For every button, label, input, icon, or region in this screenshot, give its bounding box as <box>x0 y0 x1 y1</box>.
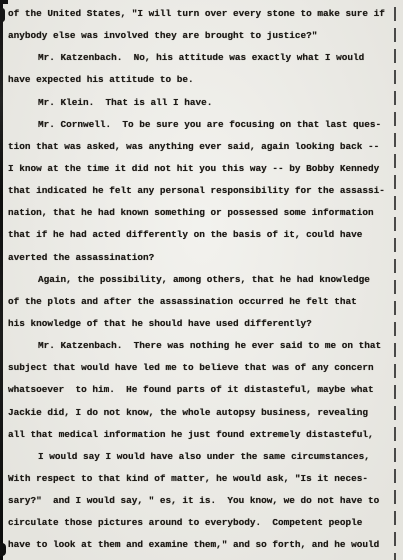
scan-blob-bottom-left <box>0 543 6 556</box>
document-line: averted the assassination? <box>8 247 391 269</box>
document-line: Jackie did, I do not know, the whole aut… <box>8 402 391 424</box>
document-line: tion that was asked, was anything ever s… <box>8 136 391 158</box>
document-line: Again, the possibility, among others, th… <box>8 269 391 291</box>
scan-edge-artifact-left <box>0 0 3 560</box>
scan-edge-artifact-right <box>394 0 396 560</box>
document-line: that indicated he felt any personal resp… <box>8 180 391 202</box>
document-line: anybody else was involved they are broug… <box>8 25 391 47</box>
document-line: have expected his attitude to be. <box>8 69 391 91</box>
document-text: of the United States, "I will turn over … <box>8 3 391 557</box>
document-line: subject that would have led me to believ… <box>8 357 391 379</box>
document-line: of the United States, "I will turn over … <box>8 3 391 25</box>
document-line: Mr. Katzenbach. No, his attitude was exa… <box>8 47 391 69</box>
document-line: Mr. Klein. That is all I have. <box>8 92 391 114</box>
document-line: nation, that he had known something or p… <box>8 202 391 224</box>
document-line: Mr. Cornwell. To be sure you are focusin… <box>8 114 391 136</box>
document-line: With respect to that kind of matter, he … <box>8 468 391 490</box>
document-line: of the plots and after the assassination… <box>8 291 391 313</box>
scanned-document-page: of the United States, "I will turn over … <box>0 0 403 560</box>
document-line: sary?" and I would say, " es, it is. You… <box>8 490 391 512</box>
document-line: all that medical information he just fou… <box>8 424 391 446</box>
document-line: I would say I would have also under the … <box>8 446 391 468</box>
scan-corner-mark <box>0 0 8 4</box>
document-line: have to look at them and examine them," … <box>8 534 391 556</box>
scan-edge-blob-top-left <box>0 8 5 22</box>
document-line: that if he had acted differently on the … <box>8 224 391 246</box>
document-line: whatsoever to him. He found parts of it … <box>8 379 391 401</box>
document-line: Mr. Katzenbach. There was nothing he eve… <box>8 335 391 357</box>
document-line: his knowledge of that he should have use… <box>8 313 391 335</box>
document-line: I know at the time it did not hit you th… <box>8 158 391 180</box>
document-line: circulate those pictures around to every… <box>8 512 391 534</box>
